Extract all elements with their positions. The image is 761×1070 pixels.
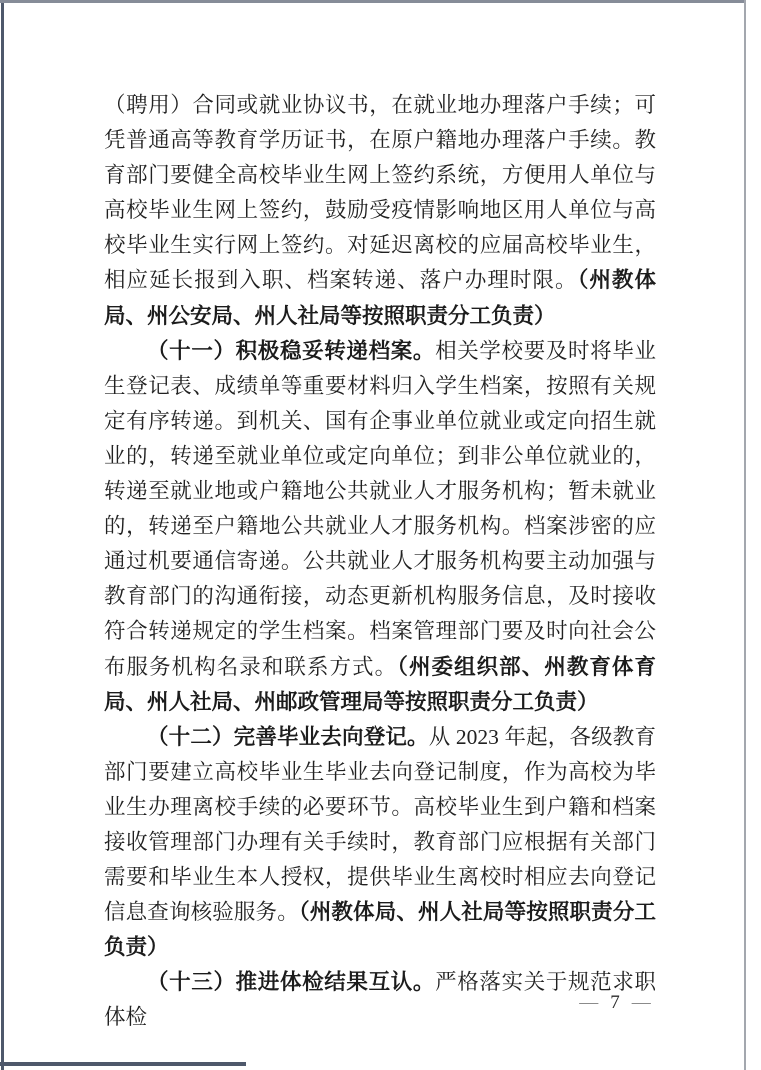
page-number: —7—: [540, 991, 690, 1015]
para-section-12: （十二）完善毕业去向登记。从 2023 年起，各级教育部门要建立高校毕业生毕业去…: [104, 720, 656, 966]
page-edge-right: [744, 0, 746, 1070]
scanned-document-page: （聘用）合同或就业协议书，在就业地办理落户手续；可凭普通高等教育学历证书，在原户…: [0, 0, 761, 1070]
page-edge-left: [1, 0, 4, 1070]
page-number-value: 7: [610, 992, 620, 1013]
emphasis-text: （十二）完善毕业去向登记。: [147, 725, 429, 749]
para-continuation: （聘用）合同或就业协议书，在就业地办理落户手续；可凭普通高等教育学历证书，在原户…: [104, 88, 656, 334]
page-edge-bottom: [0, 1062, 246, 1066]
body-text: 相关学校要及时将毕业生登记表、成绩单等重要材料归入学生档案，按照有关规定有序转递…: [104, 339, 656, 679]
body-text: （聘用）合同或就业协议书，在就业地办理落户手续；可凭普通高等教育学历证书，在原户…: [104, 93, 656, 292]
para-section-11: （十一）积极稳妥转递档案。相关学校要及时将毕业生登记表、成绩单等重要材料归入学生…: [104, 334, 656, 720]
document-body: （聘用）合同或就业协议书，在就业地办理落户手续；可凭普通高等教育学历证书，在原户…: [104, 88, 656, 1036]
body-text: 从 2023 年起，各级教育部门要建立高校毕业生毕业去向登记制度，作为高校为毕业…: [104, 725, 656, 924]
page-edge-top: [0, 0, 746, 3]
emphasis-text: （十三）推进体检结果互认。: [147, 970, 435, 994]
page-number-dash-right: —: [632, 992, 651, 1013]
page-number-dash-left: —: [579, 992, 598, 1013]
emphasis-text: （十一）积极稳妥转递档案。: [147, 339, 435, 363]
